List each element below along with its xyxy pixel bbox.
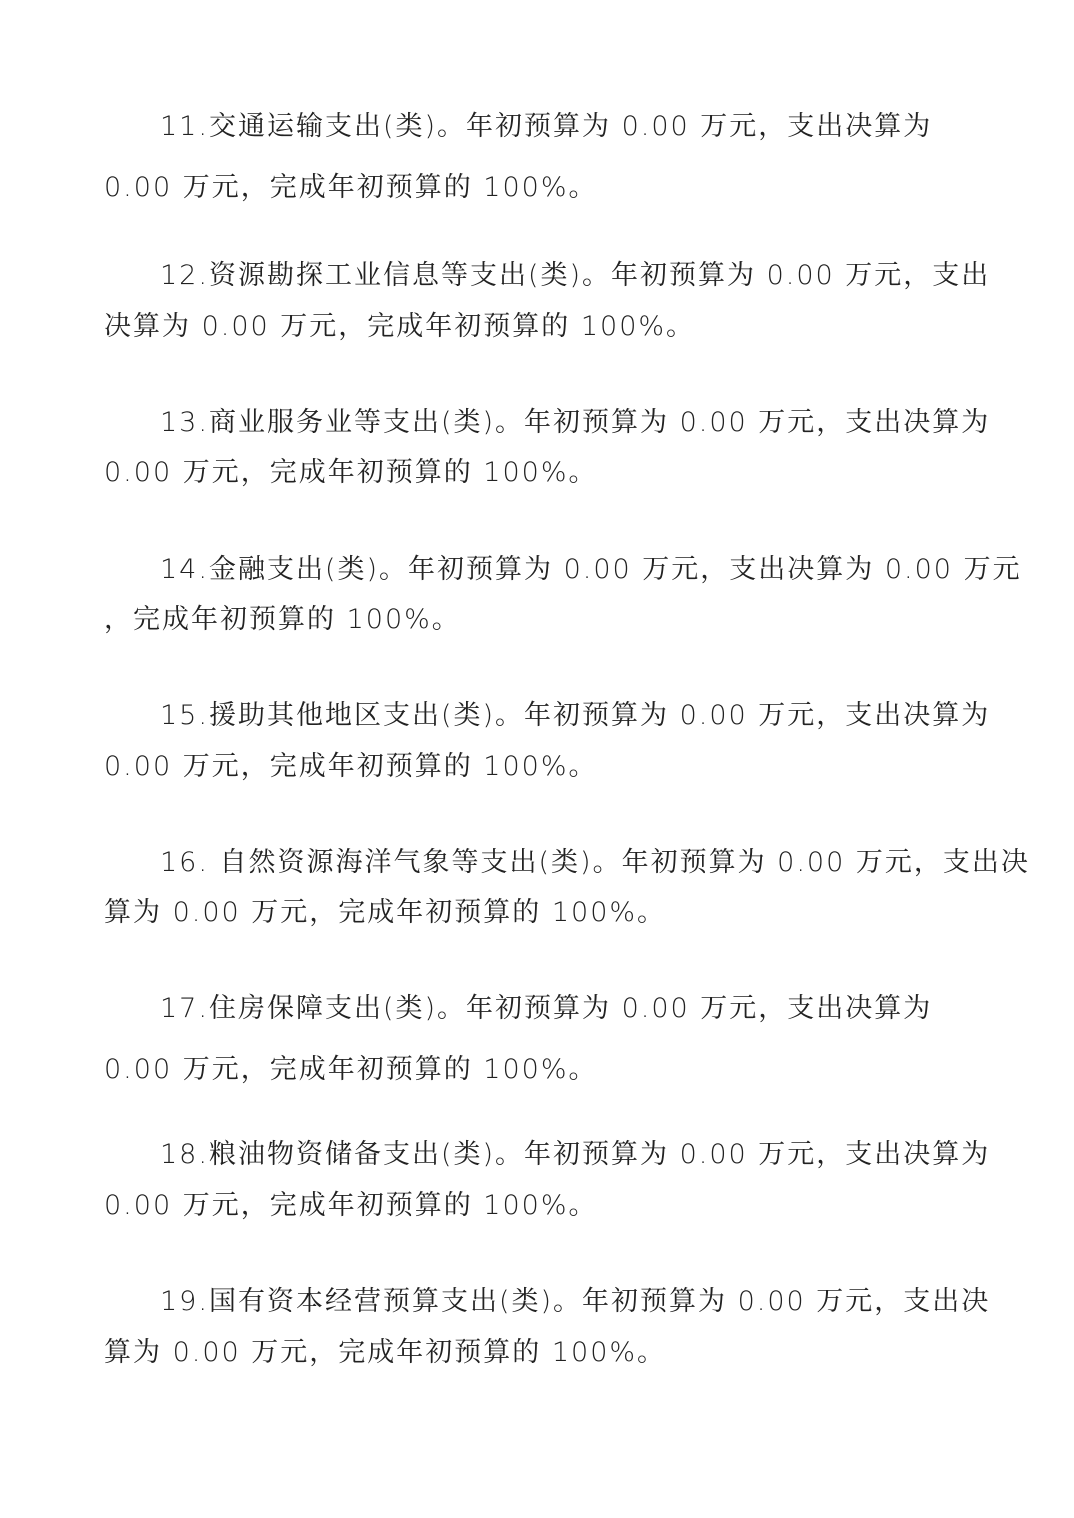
paragraph-line: 15.援助其他地区支出(类)。年初预算为 0.00 万元，支出决算为 [160, 699, 990, 733]
paragraph-line: 0.00 万元，完成年初预算的 100%。 [104, 1053, 597, 1087]
paragraph-line: 0.00 万元，完成年初预算的 100%。 [104, 750, 597, 784]
document-page: 11.交通运输支出(类)。年初预算为 0.00 万元，支出决算为 0.00 万元… [0, 0, 1074, 1518]
paragraph-line: 18.粮油物资储备支出(类)。年初预算为 0.00 万元，支出决算为 [160, 1138, 990, 1172]
paragraph-line: 16. 自然资源海洋气象等支出(类)。年初预算为 0.00 万元，支出决 [160, 846, 1030, 880]
paragraph-line: 17.住房保障支出(类)。年初预算为 0.00 万元，支出决算为 [160, 992, 932, 1026]
paragraph-line: 13.商业服务业等支出(类)。年初预算为 0.00 万元，支出决算为 [160, 406, 990, 440]
paragraph-line: 0.00 万元，完成年初预算的 100%。 [104, 456, 597, 490]
paragraph-line: 14.金融支出(类)。年初预算为 0.00 万元，支出决算为 0.00 万元 [160, 553, 1022, 587]
paragraph-line: 决算为 0.00 万元，完成年初预算的 100%。 [104, 310, 695, 344]
paragraph-line: 算为 0.00 万元，完成年初预算的 100%。 [104, 1336, 666, 1370]
paragraph-line: 算为 0.00 万元，完成年初预算的 100%。 [104, 896, 666, 930]
paragraph-line: 12.资源勘探工业信息等支出(类)。年初预算为 0.00 万元，支出 [160, 259, 990, 293]
paragraph-line: ，完成年初预算的 100%。 [104, 603, 461, 637]
paragraph-line: 0.00 万元，完成年初预算的 100%。 [104, 1189, 597, 1223]
paragraph-line: 19.国有资本经营预算支出(类)。年初预算为 0.00 万元，支出决 [160, 1285, 990, 1319]
paragraph-line: 11.交通运输支出(类)。年初预算为 0.00 万元，支出决算为 [160, 110, 932, 144]
paragraph-line: 0.00 万元，完成年初预算的 100%。 [104, 171, 597, 205]
